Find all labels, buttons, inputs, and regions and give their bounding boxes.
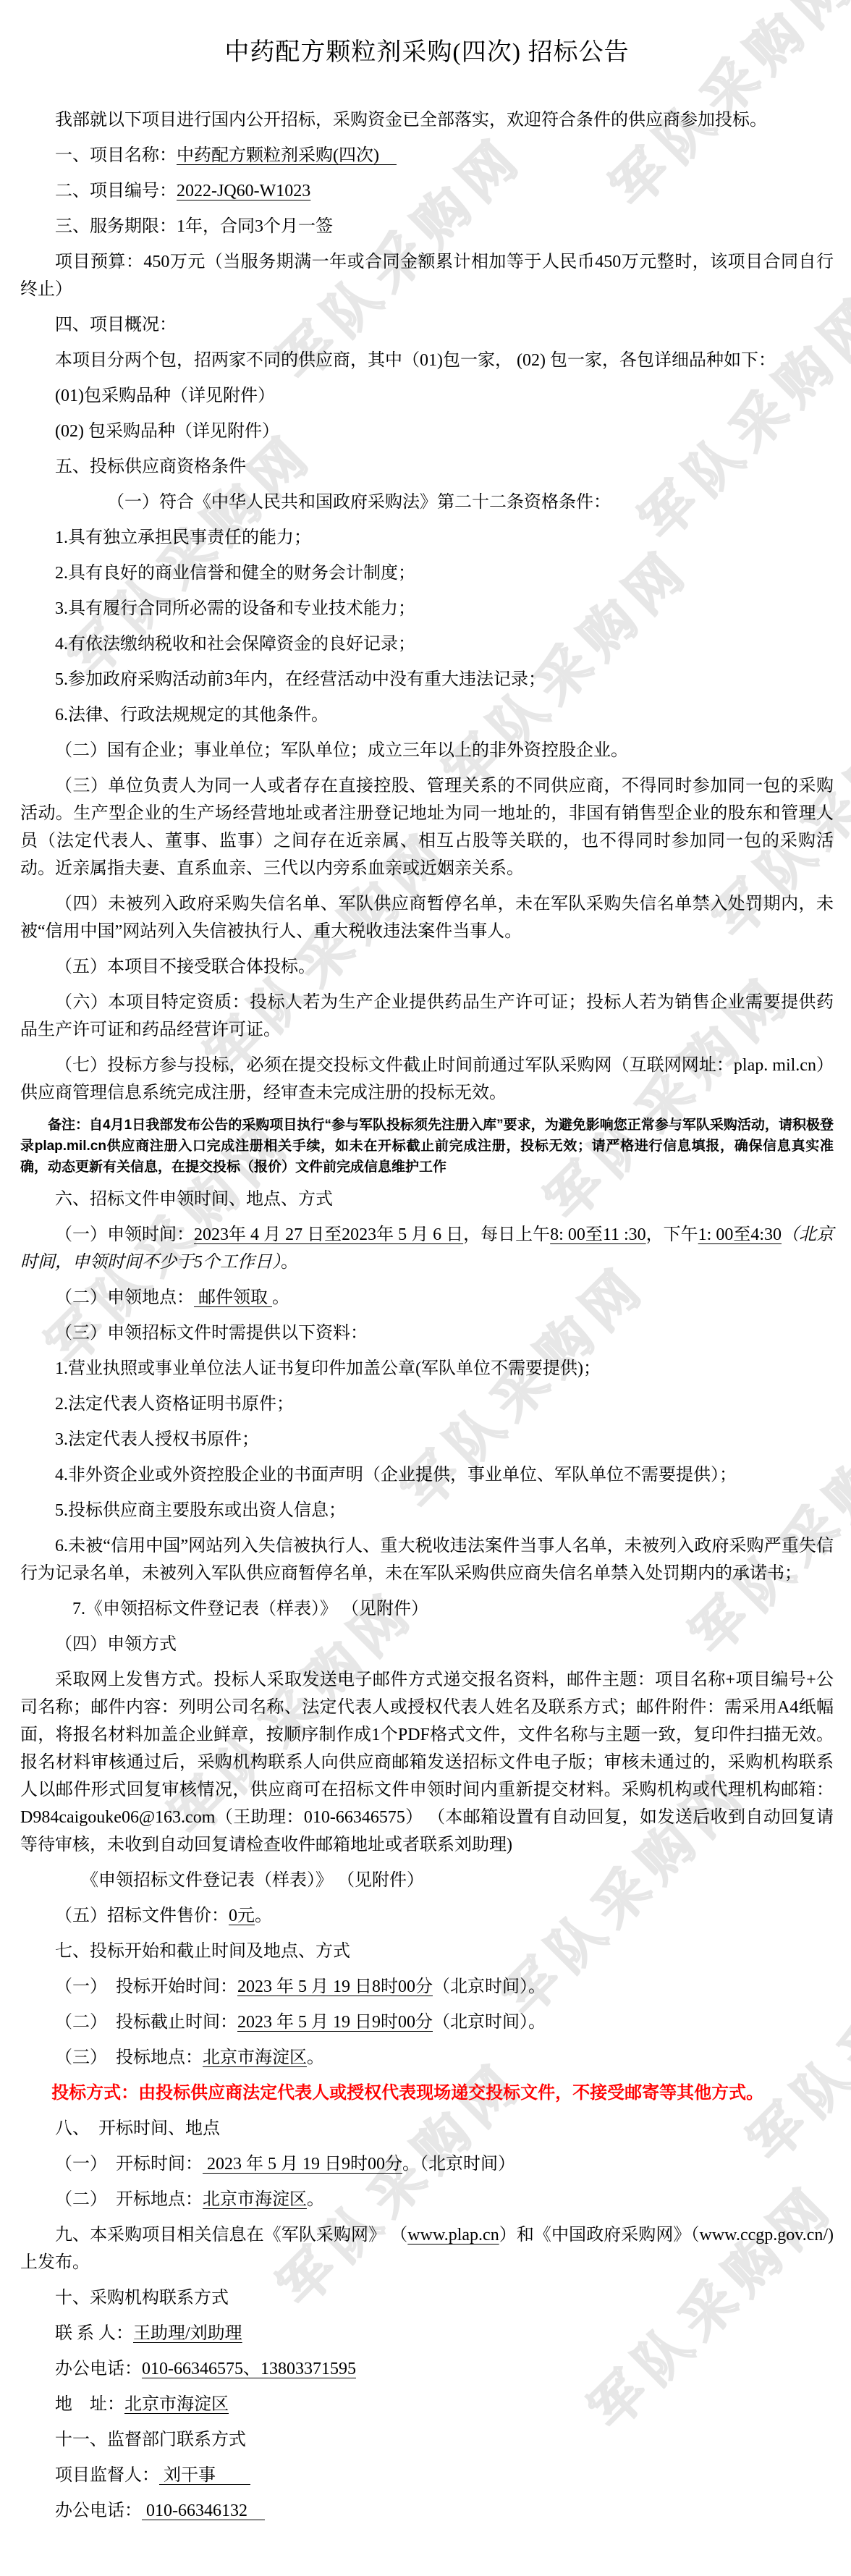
qualification-6: （六）本项目特定资质：投标人若为生产企业提供药品生产许可证；投标人若为销售企业需… bbox=[20, 989, 834, 1044]
project-name-line: 一、项目名称：中药配方颗粒剂采购(四次) bbox=[20, 142, 834, 169]
text-run: 2022-JQ60-W1023 bbox=[177, 182, 310, 200]
text-run: （四）未被列入政府采购失信名单、军队供应商暂停名单，未在军队采购失信名单禁入处罚… bbox=[20, 895, 834, 941]
material-item-1: 1.营业执照或事业单位法人证书复印件加盖公章(军队单位不需要提供)； bbox=[20, 1355, 834, 1382]
package-01-line: (01)包采购品种（详见附件） bbox=[20, 382, 834, 410]
budget-line: 项目预算：450万元（当服务期满一年或合同金额累计相加等于人民币450万元整时，… bbox=[20, 248, 834, 303]
text-run: 备注：自4月1日我部发布公告的采购项目执行“参与军队投标须先注册入库”要求，为避… bbox=[20, 1118, 834, 1175]
qualification-item-1: 1.具有独立承担民事责任的能力； bbox=[20, 524, 834, 552]
text-run: 5.投标供应商主要股东或出资人信息； bbox=[55, 1501, 346, 1520]
text-run: （三） 投标地点： bbox=[55, 2048, 203, 2067]
supervisor-phone-line: 办公电话： 010-66346132 bbox=[20, 2497, 834, 2525]
qualification-5: （五）本项目不接受联合体投标。 bbox=[20, 953, 834, 981]
registration-form-line: 《申领招标文件登记表（样表）》 （见附件） bbox=[20, 1867, 834, 1894]
qualification-item-2: 2.具有良好的商业信誉和健全的财务会计制度； bbox=[20, 559, 834, 587]
text-run: 3.法定代表人授权书原件； bbox=[55, 1430, 259, 1449]
collection-method-paragraph: 采取网上发售方式。投标人采取发送电子邮件方式递交报名资料，邮件主题：项目名称+项… bbox=[20, 1666, 834, 1859]
qualification-item-5: 5.参加政府采购活动前3年内，在经营活动中没有重大违法记录； bbox=[20, 666, 834, 693]
qualification-item-4: 4.有依法缴纳税收和社会保障资金的良好记录； bbox=[20, 630, 834, 658]
qualification-item-3: 3.具有履行合同所必需的设备和专业技术能力； bbox=[20, 595, 834, 622]
text-run: 四、项目概况： bbox=[55, 316, 177, 334]
section-8-heading: 八、 开标时间、地点 bbox=[20, 2115, 834, 2142]
text-run: 联 系 人： bbox=[55, 2324, 133, 2343]
text-run: 。 bbox=[281, 1253, 298, 1272]
collection-place-line: （二）申领地点： 邮件领取 。 bbox=[20, 1284, 834, 1312]
text-run: ，下午 bbox=[646, 1225, 698, 1244]
intro-paragraph: 我部就以下项目进行国内公开招标，采购资金已全部落实，欢迎符合条件的供应商参加投标… bbox=[20, 106, 834, 134]
section-11-heading: 十一、监督部门联系方式 bbox=[20, 2426, 834, 2454]
text-run: 2023年 4 月 27 日至2023年 5 月 6 日 bbox=[194, 1225, 463, 1244]
text-run: 010-66346132 bbox=[142, 2501, 265, 2520]
qualification-7: （七）投标方参与投标，必须在提交投标文件截止时间前通过军队采购网（互联网网址：p… bbox=[20, 1052, 834, 1107]
text-run: （四）申领方式 bbox=[55, 1635, 177, 1654]
text-run: 中药配方颗粒剂采购(四次) bbox=[177, 146, 397, 165]
section-10-heading: 十、采购机构联系方式 bbox=[20, 2284, 834, 2312]
contact-address-line: 地 址：北京市海淀区 bbox=[20, 2391, 834, 2418]
qualification-1-heading: （一）符合《中华人民共和国政府采购法》第二十二条资格条件： bbox=[20, 489, 834, 516]
text-run: 地 址： bbox=[55, 2395, 124, 2414]
document-content: 中药配方颗粒剂采购(四次) 招标公告 我部就以下项目进行国内公开招标，采购资金已… bbox=[0, 32, 851, 2576]
text-run: 二、项目编号： bbox=[55, 182, 177, 200]
material-item-3: 3.法定代表人授权书原件； bbox=[20, 1426, 834, 1453]
overview-paragraph: 本项目分两个包，招两家不同的供应商，其中（01)包一家， (02) 包一家，各包… bbox=[20, 347, 834, 374]
text-run: 4.非外资企业或外资控股企业的书面声明（企业提供，事业单位、军队单位不需要提供）… bbox=[55, 1466, 737, 1485]
text-run: （一） 投标开始时间： bbox=[55, 1977, 237, 1996]
material-item-2: 2.法定代表人资格证明书原件； bbox=[20, 1390, 834, 1418]
text-run: 北京市海淀区 bbox=[124, 2395, 229, 2414]
text-run: （一）申领时间： bbox=[55, 1225, 194, 1244]
text-run: 七、投标开始和截止时间及地点、方式 bbox=[55, 1942, 350, 1961]
text-run: （三）申领招标文件时需提供以下资料： bbox=[55, 1324, 368, 1343]
bid-method-red-notice: 投标方式：由投标供应商法定代表人或授权代表现场递交投标文件，不接受邮寄等其他方式… bbox=[20, 2079, 834, 2107]
section-9-publication: 九、本采购项目相关信息在《军队采购网》 （www.plap.cn）和《中国政府采… bbox=[20, 2221, 834, 2276]
text-run: （二）国有企业；事业单位；军队单位；成立三年以上的非外资控股企业。 bbox=[55, 741, 628, 760]
text-run: 2023 年 5 月 19 日9时00分 bbox=[203, 2155, 402, 2174]
text-run: （七）投标方参与投标，必须在提交投标文件截止时间前通过军队采购网（互联网网址：p… bbox=[20, 1056, 834, 1102]
service-period-line: 三、服务期限：1年，合同3个月一签 bbox=[20, 213, 834, 240]
document-price-line: （五）招标文件售价：0元。 bbox=[20, 1902, 834, 1930]
text-run: 。（北京时间） bbox=[402, 2155, 515, 2174]
text-run: 我部就以下项目进行国内公开招标，采购资金已全部落实，欢迎符合条件的供应商参加投标… bbox=[55, 111, 767, 130]
page-title: 中药配方颗粒剂采购(四次) 招标公告 bbox=[20, 32, 834, 67]
text-run: （五）本项目不接受联合体投标。 bbox=[55, 958, 316, 976]
text-run: （二） 开标地点： bbox=[55, 2190, 203, 2209]
text-run: （二）申领地点： bbox=[55, 1288, 194, 1307]
text-run: （三）单位负责人为同一人或者存在直接控股、管理关系的不同供应商，不得同时参加同一… bbox=[20, 777, 834, 878]
text-run: 项目预算：450万元（当服务期满一年或合同金额累计相加等于人民币450万元整时，… bbox=[20, 253, 834, 299]
qualification-4: （四）未被列入政府采购失信名单、军队供应商暂停名单，未在军队采购失信名单禁入处罚… bbox=[20, 890, 834, 945]
text-run: 办公电话： bbox=[55, 2360, 142, 2378]
text-run: （北京时间）。 bbox=[433, 1977, 546, 1996]
section-4-heading: 四、项目概况： bbox=[20, 311, 834, 339]
text-run: 六、招标文件申领时间、地点、方式 bbox=[55, 1190, 333, 1209]
text-run: 投标方式：由投标供应商法定代表人或授权代表现场递交投标文件，不接受邮寄等其他方式… bbox=[51, 2083, 763, 2103]
collection-materials-heading: （三）申领招标文件时需提供以下资料： bbox=[20, 1319, 834, 1347]
text-run: 8: 00至11 :30 bbox=[550, 1225, 645, 1244]
text-run: 一、项目名称： bbox=[55, 146, 177, 165]
collection-method-heading: （四）申领方式 bbox=[20, 1631, 834, 1658]
text-run: www.plap.cn bbox=[407, 2226, 499, 2245]
material-item-6: 6.未被“信用中国”网站列入失信被执行人、重大税收违法案件当事人名单，未被列入政… bbox=[20, 1532, 834, 1587]
text-run: 7.《申领招标文件登记表（样表）》 （见附件） bbox=[72, 1600, 428, 1618]
section-6-heading: 六、招标文件申领时间、地点、方式 bbox=[20, 1186, 834, 1213]
text-run: 4.有依法缴纳税收和社会保障资金的良好记录； bbox=[55, 635, 415, 654]
text-run: 2023 年 5 月 19 日9时00分 bbox=[237, 2013, 433, 2032]
collection-time-line: （一）申领时间：2023年 4 月 27 日至2023年 5 月 6 日，每日上… bbox=[20, 1221, 834, 1276]
text-run: 6.未被“信用中国”网站列入失信被执行人、重大税收违法案件当事人名单，未被列入政… bbox=[20, 1537, 834, 1583]
document-body: 我部就以下项目进行国内公开招标，采购资金已全部落实，欢迎符合条件的供应商参加投标… bbox=[20, 106, 834, 2525]
text-run: 十、采购机构联系方式 bbox=[55, 2289, 229, 2307]
contact-person-line: 联 系 人：王助理/刘助理 bbox=[20, 2320, 834, 2347]
text-run: 北京市海淀区 bbox=[203, 2190, 307, 2209]
text-run: 010-66346575、13803371595 bbox=[142, 2360, 356, 2378]
text-run: 6.法律、行政法规规定的其他条件。 bbox=[55, 706, 329, 725]
bid-deadline-line: （二） 投标截止时间：2023 年 5 月 19 日9时00分（北京时间）。 bbox=[20, 2009, 834, 2036]
text-run: 三、服务期限：1年，合同3个月一签 bbox=[55, 217, 333, 236]
text-run: 本项目分两个包，招两家不同的供应商，其中（01)包一家， (02) 包一家，各包… bbox=[55, 351, 776, 370]
opening-place-line: （二） 开标地点：北京市海淀区。 bbox=[20, 2186, 834, 2213]
text-run: （一）符合《中华人民共和国政府采购法》第二十二条资格条件： bbox=[107, 493, 611, 512]
text-run: 刘干事 bbox=[159, 2466, 250, 2485]
registration-note: 备注：自4月1日我部发布公告的采购项目执行“参与军队投标须先注册入库”要求，为避… bbox=[20, 1115, 834, 1178]
text-run: （六）本项目特定资质：投标人若为生产企业提供药品生产许可证；投标人若为销售企业需… bbox=[20, 993, 834, 1039]
text-run: 。 bbox=[255, 1906, 272, 1925]
text-run: 2.具有良好的商业信誉和健全的财务会计制度； bbox=[55, 564, 415, 583]
text-run: 。 bbox=[272, 1288, 289, 1307]
text-run: 3.具有履行合同所必需的设备和专业技术能力； bbox=[55, 599, 415, 618]
opening-time-line: （一） 开标时间： 2023 年 5 月 19 日9时00分。（北京时间） bbox=[20, 2150, 834, 2178]
text-run: 。 bbox=[307, 2190, 324, 2209]
text-run: 邮件领取 bbox=[194, 1288, 272, 1307]
material-item-4: 4.非外资企业或外资控股企业的书面声明（企业提供，事业单位、军队单位不需要提供）… bbox=[20, 1461, 834, 1489]
text-run: （五）招标文件售价： bbox=[55, 1906, 229, 1925]
package-02-line: (02) 包采购品种（详见附件） bbox=[20, 418, 834, 445]
text-run: （二） 投标截止时间： bbox=[55, 2013, 237, 2032]
bid-start-time-line: （一） 投标开始时间：2023 年 5 月 19 日8时00分（北京时间）。 bbox=[20, 1973, 834, 2001]
text-run: 五、投标供应商资格条件 bbox=[55, 457, 246, 476]
text-run: (02) 包采购品种（详见附件） bbox=[55, 422, 279, 441]
text-run: 。 bbox=[307, 2048, 324, 2067]
text-run: 1.具有独立承担民事责任的能力； bbox=[55, 528, 311, 547]
material-item-5: 5.投标供应商主要股东或出资人信息； bbox=[20, 1497, 834, 1524]
text-run: （一） 开标时间： bbox=[55, 2155, 203, 2174]
section-7-heading: 七、投标开始和截止时间及地点、方式 bbox=[20, 1938, 834, 1965]
qualification-3: （三）单位负责人为同一人或者存在直接控股、管理关系的不同供应商，不得同时参加同一… bbox=[20, 772, 834, 882]
text-run: (01)包采购品种（详见附件） bbox=[55, 387, 275, 405]
qualification-2: （二）国有企业；事业单位；军队单位；成立三年以上的非外资控股企业。 bbox=[20, 737, 834, 764]
text-run: 0元 bbox=[229, 1906, 255, 1925]
text-run: 1.营业执照或事业单位法人证书复印件加盖公章(军队单位不需要提供)； bbox=[55, 1359, 601, 1378]
material-item-7: 7.《申领招标文件登记表（样表）》 （见附件） bbox=[20, 1595, 834, 1623]
text-run: 项目监督人： bbox=[55, 2466, 159, 2485]
bid-place-line: （三） 投标地点：北京市海淀区。 bbox=[20, 2044, 834, 2072]
contact-phone-line: 办公电话：010-66346575、13803371595 bbox=[20, 2355, 834, 2383]
text-run: 5.参加政府采购活动前3年内，在经营活动中没有重大违法记录； bbox=[55, 670, 546, 689]
text-run: 2023 年 5 月 19 日8时00分 bbox=[237, 1977, 433, 1996]
text-run: 十一、监督部门联系方式 bbox=[55, 2431, 246, 2449]
section-5-heading: 五、投标供应商资格条件 bbox=[20, 453, 834, 481]
text-run: 办公电话： bbox=[55, 2501, 142, 2520]
text-run: （北京时间）。 bbox=[433, 2013, 546, 2032]
announcement-document: 军队采购网军队采购网军队采购网军队采购网军队采购网军队采购网军队采购网军队采购网… bbox=[0, 0, 851, 2576]
qualification-item-6: 6.法律、行政法规规定的其他条件。 bbox=[20, 701, 834, 729]
text-run: 2.法定代表人资格证明书原件； bbox=[55, 1395, 294, 1414]
text-run: 北京市海淀区 bbox=[203, 2048, 307, 2067]
supervisor-line: 项目监督人： 刘干事 bbox=[20, 2462, 834, 2489]
text-run: 八、 开标时间、地点 bbox=[55, 2119, 220, 2138]
text-run: 采取网上发售方式。投标人采取发送电子邮件方式递交报名资料，邮件主题：项目名称+项… bbox=[20, 1671, 834, 1854]
text-run: 九、本采购项目相关信息在《军队采购网》 （ bbox=[55, 2226, 407, 2245]
text-run: ，每日上午 bbox=[463, 1225, 550, 1244]
project-number-line: 二、项目编号：2022-JQ60-W1023 bbox=[20, 177, 834, 205]
text-run: 王助理/刘助理 bbox=[133, 2324, 242, 2343]
text-run: 1: 00至4:30 bbox=[698, 1225, 782, 1244]
text-run: 《申领招标文件登记表（样表）》 （见附件） bbox=[81, 1871, 424, 1890]
